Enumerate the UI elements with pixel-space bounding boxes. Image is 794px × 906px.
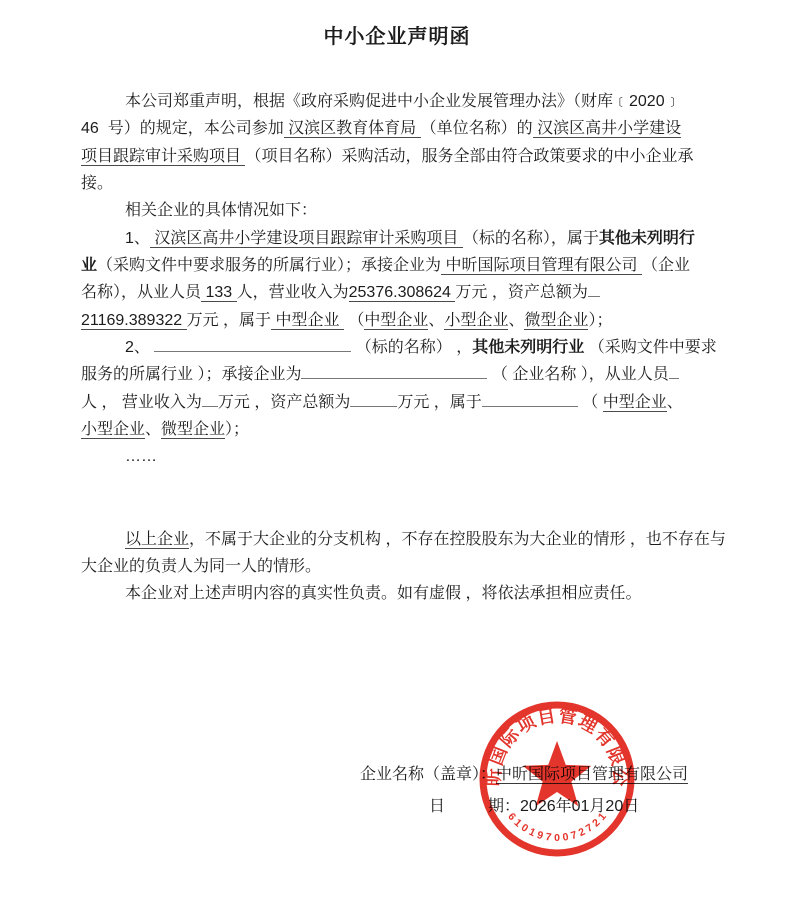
blank-field xyxy=(154,336,351,352)
text-segment: 人，营业收入为 xyxy=(237,284,349,301)
text-segment: （标的名称） ， xyxy=(351,339,472,356)
text-segment: 、 xyxy=(508,312,524,329)
text-segment: 2、 xyxy=(125,339,154,356)
text-segment: 接。 xyxy=(81,175,113,192)
text-segment: 133 xyxy=(201,284,237,302)
text-segment: 人 ， 营业收入为 xyxy=(81,394,202,411)
text-segment: （采购文件中要求服务的所属行业）；承接企业为 xyxy=(97,257,441,274)
text-line: 21169.389322 万元 ，属于 中型企业 （中型企业、小型企业、微型企业… xyxy=(81,307,721,334)
text-line: 名称），从业人员 133 人，营业收入为25376.308624 万元 ，资产总… xyxy=(81,279,721,306)
text-segment: 汉滨区高井小学建设项目跟踪审计采购项目 xyxy=(150,230,463,248)
text-segment: 、 xyxy=(145,421,161,438)
text-segment: ，不属于大企业的分支机构 ，不存在控股股东为大企业的情形 ，也不存在与 xyxy=(189,531,726,548)
text-segment: 项目跟踪审计采购项目 xyxy=(81,148,245,166)
text-segment: （单位名称）的 xyxy=(421,120,533,137)
text-segment: ）； xyxy=(225,421,249,438)
text-segment: 25376.308624 xyxy=(349,284,456,302)
text-segment: 、 xyxy=(428,312,444,329)
text-segment: 小型企业 xyxy=(81,421,145,439)
text-line: 46 号）的规定，本公司参加 汉滨区教育体育局 （单位名称）的 汉滨区高井小学建… xyxy=(81,115,721,142)
text-segment: 相关企业的具体情况如下： xyxy=(125,202,317,219)
text-segment: 其他未列明行业 xyxy=(472,339,584,356)
date-label-day: 日 xyxy=(429,798,445,815)
text-segment: 小型企业 xyxy=(444,312,508,330)
text-line: 接。 xyxy=(81,170,721,197)
blank-field xyxy=(588,281,600,297)
text-segment: 微型企业 xyxy=(524,312,588,330)
signature-company-line: 企业名称（盖章）：中昕国际项目管理有限公司 xyxy=(360,762,688,788)
date-value: 2026年01月20日 xyxy=(520,798,639,815)
text-segment: （ 企业名称 ），从业人员 xyxy=(487,366,668,383)
text-line: 服务的所属行业 ）；承接企业为 （ 企业名称 ），从业人员 xyxy=(81,361,721,388)
text-segment: 中昕国际项目管理有限公司 xyxy=(441,257,642,275)
text-segment: 、 xyxy=(667,394,683,411)
text-segment: （ xyxy=(578,394,603,411)
date-label-period: 期： xyxy=(488,798,520,815)
text-segment: 中型企业 xyxy=(271,312,344,330)
text-line: 1、 汉滨区高井小学建设项目跟踪审计采购项目 （标的名称），属于其他未列明行 xyxy=(81,225,721,252)
blank-line xyxy=(81,471,721,498)
text-segment: 名称），从业人员 xyxy=(81,284,201,301)
text-segment: 业 xyxy=(81,257,97,274)
text-segment: 本公司郑重声明，根据《政府采购促进中小企业发展管理办法》（财库﹝2020﹞ xyxy=(125,93,681,110)
text-segment: 46 号）的规定，本公司参加 xyxy=(81,120,284,137)
document-title: 中小企业声明函 xyxy=(0,20,794,49)
text-line: 相关企业的具体情况如下： xyxy=(81,197,721,224)
text-segment: 万元 ，属于 xyxy=(397,394,481,411)
text-line: 大企业的负责人为同一人的情形。 xyxy=(81,553,721,580)
text-line: 本公司郑重声明，根据《政府采购促进中小企业发展管理办法》（财库﹝2020﹞ xyxy=(81,88,721,115)
blank-field xyxy=(482,391,578,407)
text-line: 小型企业、微型企业）； xyxy=(81,416,721,443)
text-segment: 中型企业 xyxy=(364,312,428,330)
text-segment: 其他未列明行 xyxy=(599,230,695,247)
text-segment: 微型企业 xyxy=(161,421,225,439)
text-line: 以上企业，不属于大企业的分支机构 ，不存在控股股东为大企业的情形 ，也不存在与 xyxy=(81,526,721,553)
blank-field xyxy=(350,391,397,407)
company-name-value: 中昕国际项目管理有限公司 xyxy=(496,766,688,784)
text-segment: 21169.389322 xyxy=(81,312,187,330)
text-segment: （项目名称）采购活动，服务全部由符合政策要求的中小企业承 xyxy=(245,148,693,165)
document-body: 本公司郑重声明，根据《政府采购促进中小企业发展管理办法》（财库﹝2020﹞46 … xyxy=(81,88,721,608)
text-line: …… xyxy=(81,443,721,470)
text-line: 本企业对上述声明内容的真实性负责。如有虚假 ，将依法承担相应责任。 xyxy=(81,580,721,607)
text-segment: 万元 ，资产总额为 xyxy=(455,284,587,301)
text-segment: ）； xyxy=(588,312,612,329)
document-page: 中小企业声明函 本公司郑重声明，根据《政府采购促进中小企业发展管理办法》（财库﹝… xyxy=(0,0,794,906)
text-segment: （标的名称），属于 xyxy=(463,230,599,247)
text-segment: （企业 xyxy=(642,257,690,274)
blank-field xyxy=(669,363,679,379)
text-line: 业（采购文件中要求服务的所属行业）；承接企业为 中昕国际项目管理有限公司 （企业 xyxy=(81,252,721,279)
blank-line xyxy=(81,498,721,525)
text-segment: 万元 ，资产总额为 xyxy=(218,394,350,411)
text-segment: 以上企业 xyxy=(125,531,189,549)
text-segment: 1、 xyxy=(125,230,150,247)
text-segment: 服务的所属行业 ）；承接企业为 xyxy=(81,366,301,383)
text-segment: 汉滨区教育体育局 xyxy=(284,120,421,138)
signature-date-line: 日期：2026年01月20日 xyxy=(429,794,639,820)
text-segment: 大企业的负责人为同一人的情形。 xyxy=(81,558,321,575)
blank-field xyxy=(301,363,487,379)
text-segment: （ xyxy=(344,312,364,329)
text-segment: 中型企业 xyxy=(603,394,667,412)
text-line: 项目跟踪审计采购项目 （项目名称）采购活动，服务全部由符合政策要求的中小企业承 xyxy=(81,143,721,170)
text-segment: （采购文件中要求 xyxy=(584,339,716,356)
blank-field xyxy=(202,391,218,407)
text-segment: 本企业对上述声明内容的真实性负责。如有虚假 ，将依法承担相应责任。 xyxy=(125,585,641,602)
company-seal-label: 企业名称（盖章）： xyxy=(360,766,496,783)
text-line: 2、 （标的名称） ，其他未列明行业 （采购文件中要求 xyxy=(81,334,721,361)
text-segment: 万元 ，属于 xyxy=(187,312,271,329)
text-segment: …… xyxy=(125,448,157,465)
text-line: 人 ， 营业收入为万元 ，资产总额为万元 ，属于 （ 中型企业、 xyxy=(81,389,721,416)
text-segment: 汉滨区高井小学建设 xyxy=(533,120,681,138)
